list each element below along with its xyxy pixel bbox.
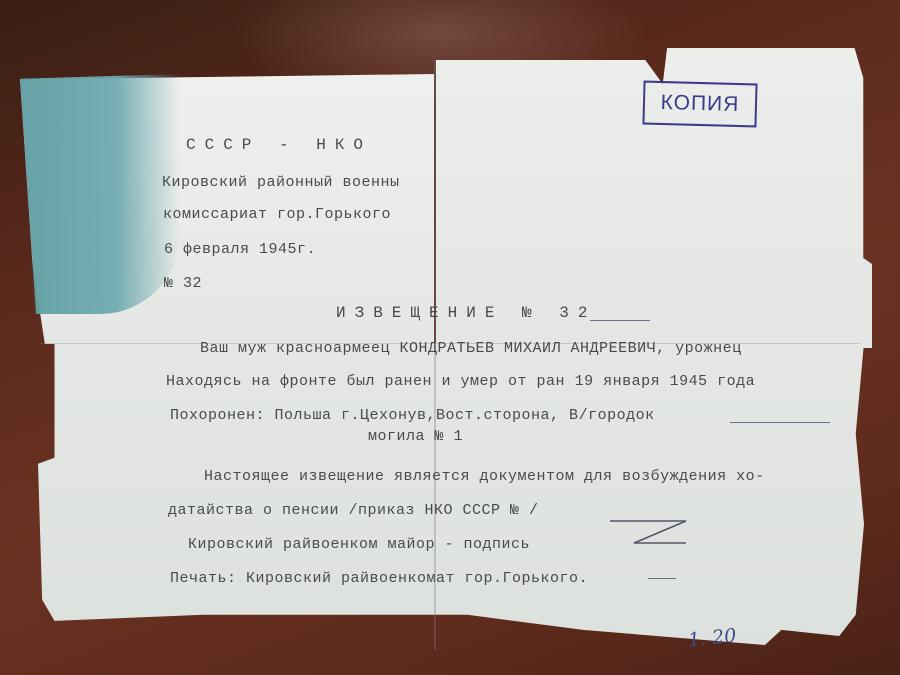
teal-shadow-overlay: [20, 74, 180, 314]
notice-line-2: датайства о пенсии /приказ НКО СССР № /: [168, 502, 539, 519]
signature-scribble: [606, 517, 696, 557]
photo-scene: КОПИЯ СССР - НКО Кировский районный воен…: [0, 0, 900, 675]
body-line-1: Ваш муж красноармеец КОНДРАТЬЕВ МИХАИЛ А…: [200, 340, 742, 357]
header-org: СССР - НКО: [186, 136, 372, 154]
signature-line: Кировский райвоенком майор - подпись: [188, 536, 530, 553]
handwritten-note: 1. 20: [687, 625, 737, 652]
seal-dash: [648, 578, 676, 579]
body-line-4: могила № 1: [368, 428, 463, 445]
title-blank-line: [590, 320, 650, 321]
header-date: 6 февраля 1945г.: [164, 241, 316, 258]
header-line2: комиссариат гор.Горького: [163, 206, 391, 223]
notice-line-1: Настоящее извещение является документом …: [204, 468, 765, 485]
header-number: № 32: [164, 275, 202, 292]
seal-line: Печать: Кировский райвоенкомат гор.Горьк…: [170, 570, 588, 587]
burial-blank-line: [730, 422, 830, 423]
header-line1: Кировский районный военны: [162, 174, 400, 191]
document-title: ИЗВЕЩЕНИЕ № 32: [336, 304, 596, 322]
copy-stamp: КОПИЯ: [642, 81, 757, 128]
body-line-2: Находясь на фронте был ранен и умер от р…: [166, 373, 755, 390]
body-line-3: Похоронен: Польша г.Цехонув,Вост.сторона…: [170, 407, 655, 424]
